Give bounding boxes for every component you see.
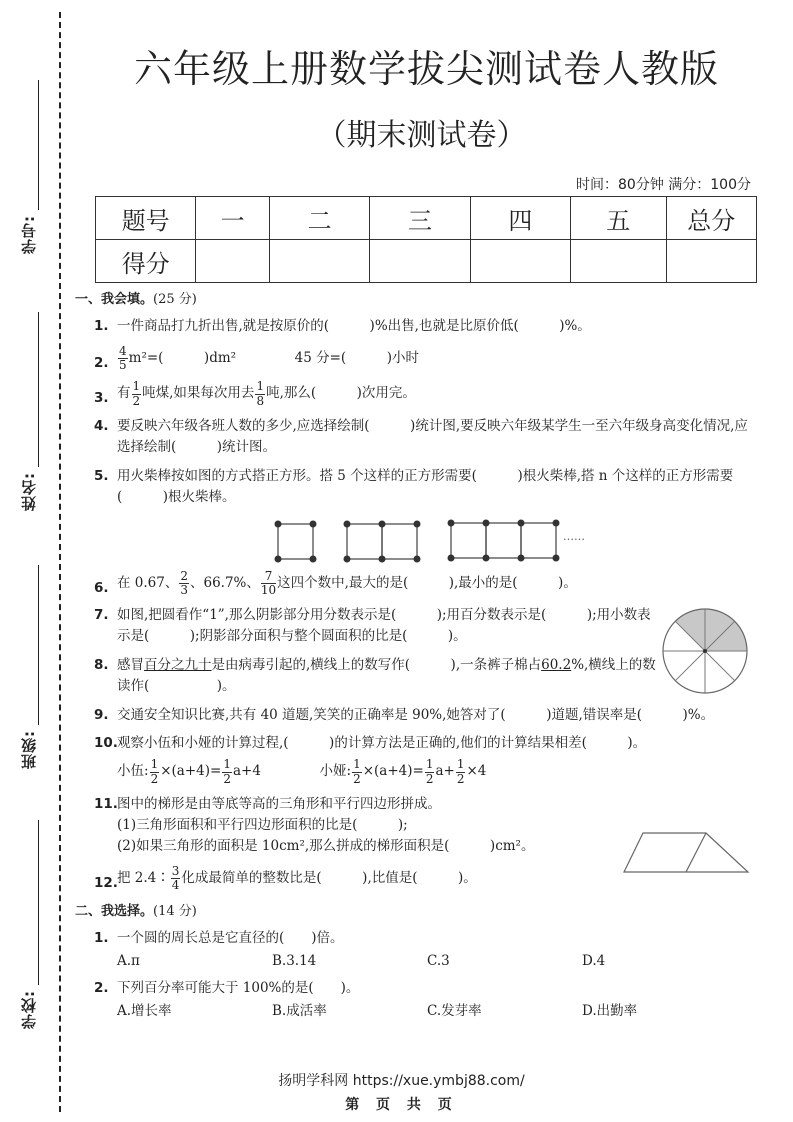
question-1-3: 3. 有12吨煤,如果每次用去18吨,那么( )次用完。 [75, 380, 755, 407]
shaded-circle-figure-icon [660, 606, 750, 696]
trapezoid-figure-icon [620, 830, 755, 876]
question-number: 6. [94, 578, 109, 599]
footer-site: 扬明学科网 https://xue.ymbj88.com/ [0, 1070, 793, 1090]
question-number: 11. [94, 794, 118, 815]
header-cell: 三 [370, 197, 470, 240]
option-d[interactable]: D.出勤率 [582, 1001, 737, 1022]
question-1-5: 5. 用火柴棒按如图的方式搭正方形。搭 5 个这样的正方形需要( )根火柴棒,搭… [75, 466, 755, 508]
question-number: 5. [94, 466, 109, 487]
fraction: 45 [118, 345, 128, 372]
score-table-score-row: 得分 [96, 240, 757, 283]
question-1-7: 7. 如图,把圆看作“1”,那么阴影部分用分数表示是( );用百分数表示是( )… [75, 605, 657, 647]
header-cell: 二 [269, 197, 369, 240]
fraction: 23 [179, 570, 189, 597]
question-number: 1. [94, 928, 109, 949]
question-text: 下列百分率可能大于 100%的是( )。 [97, 978, 755, 999]
question-number: 2. [94, 353, 109, 374]
fraction: 710 [261, 570, 276, 597]
option-c[interactable]: C.3 [427, 951, 582, 972]
question-text: 一件商品打九折出售,就是按原价的( )%出售,也就是比原价低( )%。 [97, 316, 755, 337]
question-1-10: 10. 观察小伍和小娅的计算过程,( )的计算方法是正确的,他们的计算结果相差(… [75, 733, 755, 785]
question-1-8: 8. 感冒百分之九十是由病毒引起的,横线上的数写作( ),一条裤子棉占60.2%… [75, 655, 657, 697]
options-2-2: A.增长率 B.成活率 C.发芽率 D.出勤率 [75, 1001, 755, 1022]
question-number: 8. [94, 655, 109, 676]
question-text: m²=( )dm² [129, 350, 236, 366]
page-subtitle: （期末测试卷） [0, 110, 793, 154]
option-a[interactable]: A.增长率 [117, 1001, 272, 1022]
header-cell: 总分 [666, 197, 757, 240]
options-2-1: A.π B.3.14 C.3 D.4 [75, 951, 755, 972]
question-number: 9. [94, 705, 109, 726]
option-b[interactable]: B.成活率 [272, 1001, 427, 1022]
matchstick-figure: …… [75, 516, 755, 566]
question-number: 1. [94, 316, 109, 337]
question-1-6: 6. 在 0.67、23、66.7%、710这四个数中,最大的是( ),最小的是… [75, 570, 755, 597]
header-cell: 题号 [96, 197, 196, 240]
section-1-title: 一、我会填。 [75, 292, 153, 307]
matchstick-squares-icon [75, 516, 755, 566]
section-2-heading: 二、我选择。(14 分) [75, 902, 755, 922]
option-d[interactable]: D.4 [582, 951, 737, 972]
binding-cut-line [59, 12, 61, 1112]
ellipsis: …… [563, 528, 585, 545]
section-1-heading: 一、我会填。(25 分) [75, 290, 755, 310]
question-text: 图中的梯形是由等底等高的三角形和平行四边形拼成。 [97, 794, 755, 815]
option-b[interactable]: B.3.14 [272, 951, 427, 972]
question-text: 用火柴棒按如图的方式搭正方形。搭 5 个这样的正方形需要( )根火柴棒,搭 n … [97, 466, 755, 508]
fraction: 34 [171, 865, 181, 892]
option-a[interactable]: A.π [117, 951, 272, 972]
score-cell[interactable] [269, 240, 369, 283]
section-1-points: (25 分) [153, 292, 197, 307]
fraction: 12 [132, 380, 142, 407]
score-table-header-row: 题号 一 二 三 四 五 总分 [96, 197, 757, 240]
question-1-9: 9. 交通安全知识比赛,共有 40 道题,笑笑的正确率是 90%,她答对了( )… [75, 705, 755, 726]
question-number: 12. [94, 873, 118, 894]
class-label: 班级: [18, 730, 39, 769]
underlined-text: 百分之九十 [144, 657, 212, 673]
exam-content: 一、我会填。(25 分) 1. 一件商品打九折出售,就是按原价的( )%出售,也… [75, 290, 755, 1028]
question-text: 观察小伍和小娅的计算过程,( )的计算方法是正确的,他们的计算结果相差( )。 [97, 733, 755, 754]
question-text: 一个圆的周长总是它直径的( )倍。 [97, 928, 755, 949]
score-table: 题号 一 二 三 四 五 总分 得分 [95, 196, 757, 283]
header-cell: 五 [571, 197, 666, 240]
question-text: 如图,把圆看作“1”,那么阴影部分用分数表示是( );用百分数表示是( );用小… [97, 605, 657, 647]
question-number: 3. [94, 388, 109, 409]
score-cell[interactable] [196, 240, 270, 283]
question-2-2: 2. 下列百分率可能大于 100%的是( )。 [75, 978, 755, 999]
school-line [38, 820, 39, 985]
score-cell[interactable] [666, 240, 757, 283]
calc-lines: 小伍:12×(a+4)=12a+4 小娅:12×(a+4)=12a+12×4 [97, 758, 755, 785]
question-1-1: 1. 一件商品打九折出售,就是按原价的( )%出售,也就是比原价低( )%。 [75, 316, 755, 337]
name-line [38, 312, 39, 467]
underlined-text: 60.2 [541, 657, 571, 673]
score-row-label: 得分 [96, 240, 196, 283]
exam-meta: 时间：80分钟 满分：100分 [576, 174, 751, 194]
question-1-2: 2. 45m²=( )dm² 45 分=( )小时 [75, 345, 755, 372]
score-cell[interactable] [571, 240, 666, 283]
question-text: 要反映六年级各班人数的多少,应选择绘制( )统计图,要反映六年级某学生一至六年级… [97, 416, 755, 458]
question-2-1: 1. 一个圆的周长总是它直径的( )倍。 [75, 928, 755, 949]
student-id-label: 学号: [18, 215, 39, 254]
page-title: 六年级上册数学拔尖测试卷人教版 [0, 38, 793, 93]
header-cell: 四 [470, 197, 570, 240]
section-2-title: 二、我选择。 [75, 904, 153, 919]
school-label: 学校: [18, 990, 39, 1029]
score-cell[interactable] [470, 240, 570, 283]
score-cell[interactable] [370, 240, 470, 283]
question-text: 45 分=( )小时 [295, 350, 419, 366]
question-number: 4. [94, 416, 109, 437]
question-1-4: 4. 要反映六年级各班人数的多少,应选择绘制( )统计图,要反映六年级某学生一至… [75, 416, 755, 458]
name-label: 姓名: [18, 472, 39, 511]
fraction: 18 [255, 380, 265, 407]
question-text: 交通安全知识比赛,共有 40 道题,笑笑的正确率是 90%,她答对了( )道题,… [97, 705, 755, 726]
option-c[interactable]: C.发芽率 [427, 1001, 582, 1022]
footer-page-number: 第 页 共 页 [0, 1094, 793, 1114]
section-2-points: (14 分) [153, 904, 197, 919]
question-number: 10. [94, 733, 118, 754]
header-cell: 一 [196, 197, 270, 240]
question-number: 7. [94, 605, 109, 626]
class-line [38, 565, 39, 725]
question-number: 2. [94, 978, 109, 999]
